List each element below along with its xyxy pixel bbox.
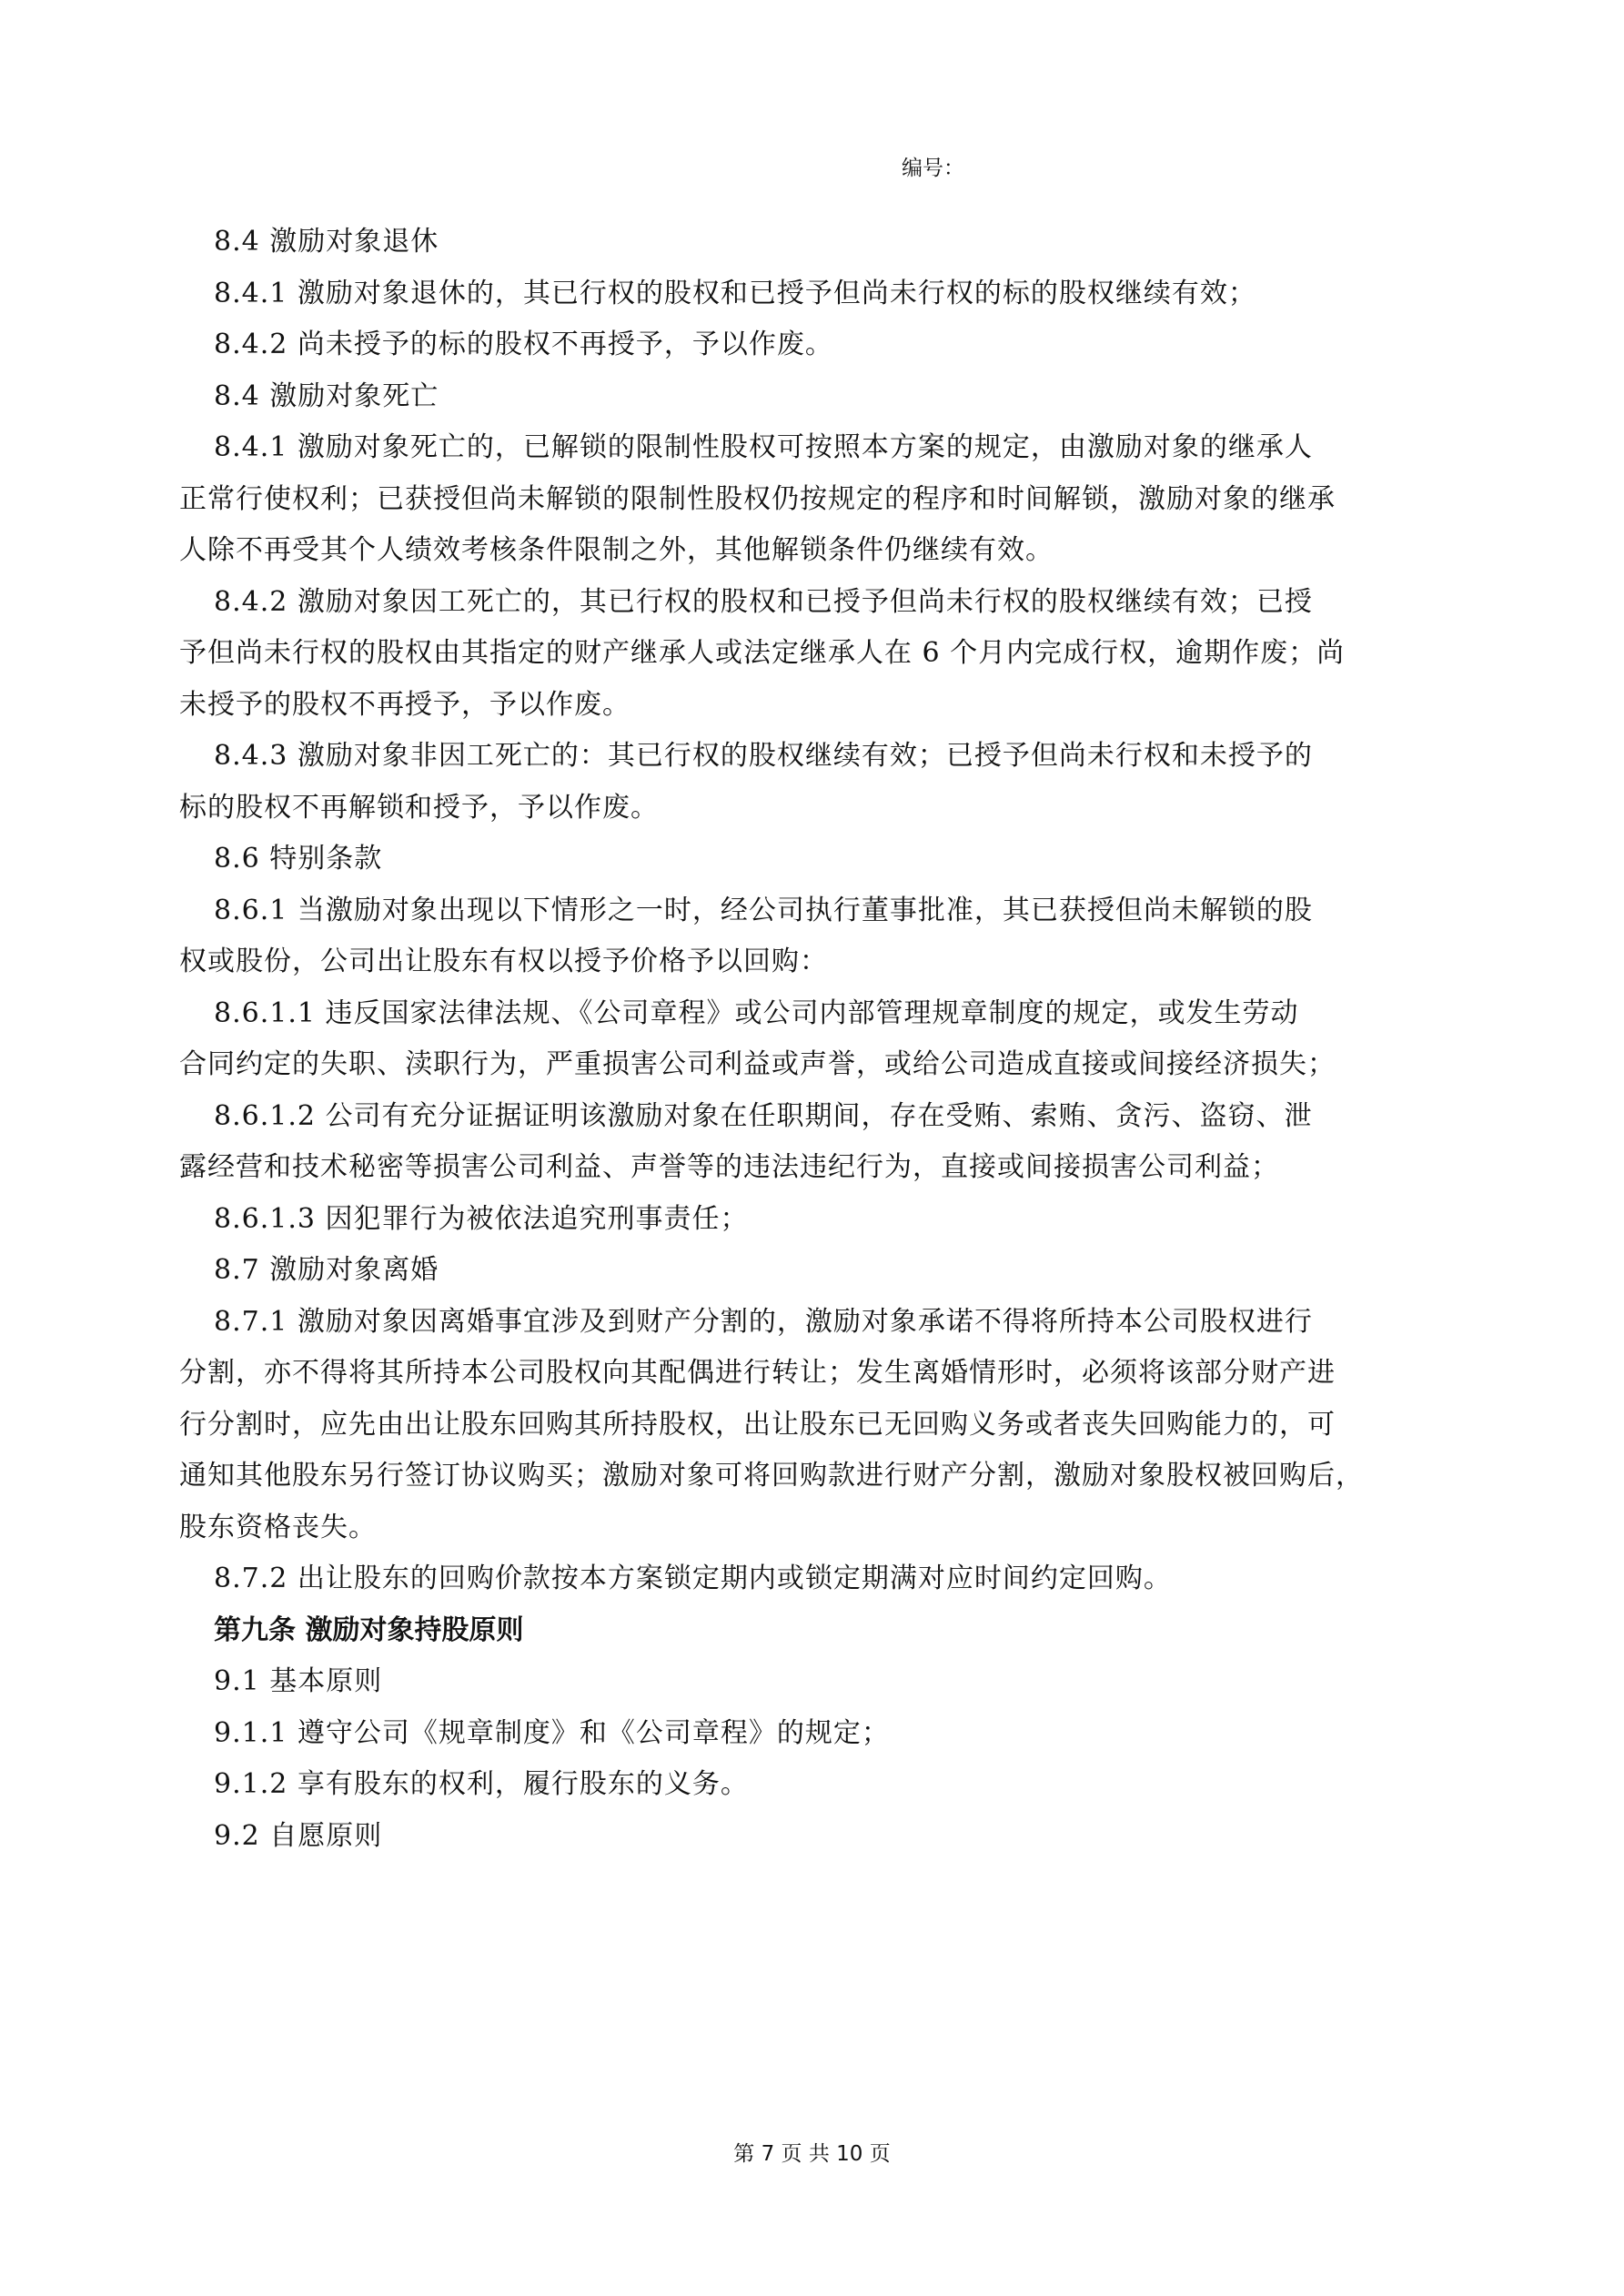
paragraph-line: 8.4 激励对象死亡 <box>214 371 1486 423</box>
paragraph-line: 8.4 激励对象退休 <box>214 217 1486 268</box>
paragraph-continuation: 标的股权不再解锁和授予，予以作废。 <box>179 783 1486 834</box>
paragraph-line: 8.6 特别条款 <box>214 834 1486 885</box>
paragraph-continuation: 通知其他股东另行签订协议购买；激励对象可将回购款进行财产分割，激励对象股权被回购… <box>179 1451 1486 1502</box>
paragraph-line: 8.4.3 激励对象非因工死亡的：其已行权的股权继续有效；已授予但尚未行权和未授… <box>214 731 1486 783</box>
paragraph-line: 8.4.1 激励对象退休的，其已行权的股权和已授予但尚未行权的标的股权继续有效； <box>214 268 1486 320</box>
paragraph-line: 9.1.2 享有股东的权利，履行股东的义务。 <box>214 1759 1486 1811</box>
paragraph-continuation: 予但尚未行权的股权由其指定的财产继承人或法定继承人在 6 个月内完成行权，逾期作… <box>179 628 1486 680</box>
paragraph-line: 8.7.1 激励对象因离婚事宜涉及到财产分割的，激励对象承诺不得将所持本公司股权… <box>214 1297 1486 1349</box>
paragraph-continuation: 分割，亦不得将其所持本公司股权向其配偶进行转让；发生离婚情形时，必须将该部分财产… <box>179 1348 1486 1400</box>
paragraph-line: 9.1.1 遵守公司《规章制度》和《公司章程》的规定； <box>214 1708 1486 1760</box>
paragraph-line: 9.1 基本原则 <box>214 1656 1486 1708</box>
document-number-label: 编号： <box>902 151 964 181</box>
paragraph-line: 8.6.1.2 公司有充分证据证明该激励对象在任职期间，存在受贿、索贿、贪污、盗… <box>214 1091 1486 1143</box>
paragraph-continuation: 合同约定的失职、渎职行为，严重损害公司利益或声誉，或给公司造成直接或间接经济损失… <box>179 1039 1486 1091</box>
paragraph-line: 8.7.2 出让股东的回购价款按本方案锁定期内或锁定期满对应时间约定回购。 <box>214 1553 1486 1605</box>
paragraph-continuation: 未授予的股权不再授予，予以作废。 <box>179 680 1486 732</box>
paragraph-continuation: 露经营和技术秘密等损害公司利益、声誉等的违法违纪行为，直接或间接损害公司利益； <box>179 1142 1486 1194</box>
document-body: 8.4 激励对象退休8.4.1 激励对象退休的，其已行权的股权和已授予但尚未行权… <box>214 217 1486 1862</box>
paragraph-line: 9.2 自愿原则 <box>214 1811 1486 1863</box>
paragraph-line: 8.6.1 当激励对象出现以下情形之一时，经公司执行董事批准，其已获授但尚未解锁… <box>214 885 1486 937</box>
page-footer: 第 7 页 共 10 页 <box>0 2137 1624 2167</box>
paragraph-continuation: 股东资格丧失。 <box>179 1502 1486 1554</box>
paragraph-continuation: 正常行使权利；已获授但尚未解锁的限制性股权仍按规定的程序和时间解锁，激励对象的继… <box>179 474 1486 526</box>
paragraph-line: 8.4.1 激励对象死亡的，已解锁的限制性股权可按照本方案的规定，由激励对象的继… <box>214 422 1486 474</box>
paragraph-line: 8.7 激励对象离婚 <box>214 1245 1486 1297</box>
paragraph-line: 8.6.1.1 违反国家法律法规、《公司章程》或公司内部管理规章制度的规定，或发… <box>214 988 1486 1040</box>
paragraph-line: 8.4.2 尚未授予的标的股权不再授予，予以作废。 <box>214 319 1486 371</box>
paragraph-continuation: 行分割时，应先由出让股东回购其所持股权，出让股东已无回购义务或者丧失回购能力的，… <box>179 1400 1486 1451</box>
paragraph-continuation: 人除不再受其个人绩效考核条件限制之外，其他解锁条件仍继续有效。 <box>179 525 1486 577</box>
paragraph-line: 8.4.2 激励对象因工死亡的，其已行权的股权和已授予但尚未行权的股权继续有效；… <box>214 577 1486 629</box>
paragraph-line: 8.6.1.3 因犯罪行为被依法追究刑事责任； <box>214 1194 1486 1246</box>
paragraph-continuation: 权或股份，公司出让股东有权以授予价格予以回购： <box>179 936 1486 988</box>
section-heading: 第九条 激励对象持股原则 <box>214 1605 1486 1657</box>
